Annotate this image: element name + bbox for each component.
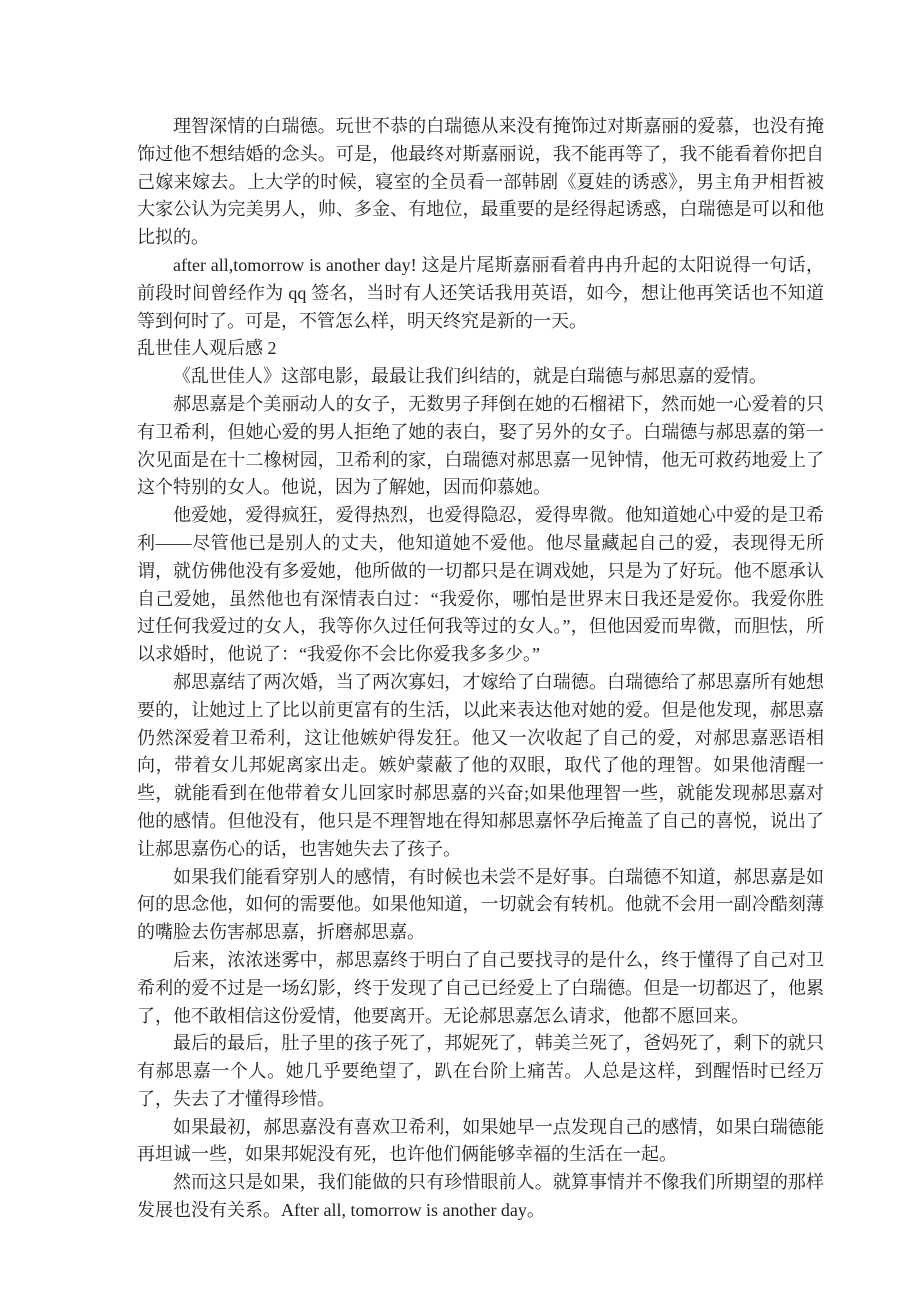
paragraph-2: after all,tomorrow is another day! 这是片尾斯… (137, 252, 824, 335)
paragraph-1: 理智深情的白瑞德。玩世不恭的白瑞德从来没有掩饰过对斯嘉丽的爱慕，也没有掩饰过他不… (137, 113, 824, 252)
paragraph-9: 最后的最后，肚子里的孩子死了，邦妮死了，韩美兰死了，爸妈死了，剩下的就只有郝思嘉… (137, 1030, 824, 1113)
paragraph-8: 后来，浓浓迷雾中，郝思嘉终于明白了自己要找寻的是什么，终于懂得了自己对卫希利的爱… (137, 947, 824, 1030)
paragraph-7: 如果我们能看穿别人的感情，有时候也未尝不是好事。白瑞德不知道，郝思嘉是如何的思念… (137, 864, 824, 947)
paragraph-3: 《乱世佳人》这部电影，最最让我们纠结的，就是白瑞德与郝思嘉的爱情。 (137, 363, 824, 391)
paragraph-11: 然而这只是如果，我们能做的只有珍惜眼前人。就算事情并不像我们所期望的那样发展也没… (137, 1169, 824, 1225)
section-heading: 乱世佳人观后感 2 (137, 335, 824, 363)
paragraph-10: 如果最初，郝思嘉没有喜欢卫希利，如果她早一点发现自己的感情，如果白瑞德能再坦诚一… (137, 1114, 824, 1170)
paragraph-5: 他爱她，爱得疯狂，爱得热烈，也爱得隐忍，爱得卑微。他知道她心中爱的是卫希利——尽… (137, 502, 824, 669)
document-page: 理智深情的白瑞德。玩世不恭的白瑞德从来没有掩饰过对斯嘉丽的爱慕，也没有掩饰过他不… (0, 0, 920, 1302)
paragraph-4: 郝思嘉是个美丽动人的女子，无数男子拜倒在她的石榴裙下，然而她一心爱着的只有卫希利… (137, 391, 824, 502)
paragraph-6: 郝思嘉结了两次婚，当了两次寡妇，才嫁给了白瑞德。白瑞德给了郝思嘉所有她想要的，让… (137, 669, 824, 864)
